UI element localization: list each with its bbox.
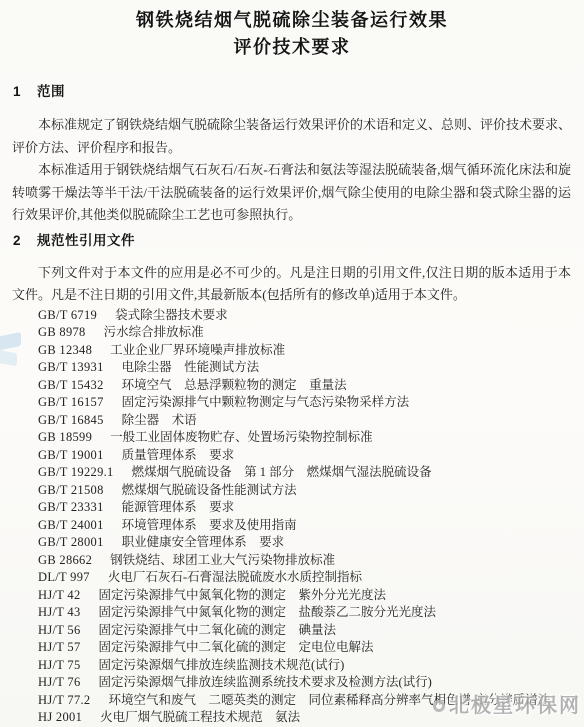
reference-code: GB 28662 bbox=[38, 552, 92, 570]
reference-code: HJ/T 76 bbox=[38, 674, 81, 692]
reference-code: GB/T 15432 bbox=[38, 377, 104, 395]
reference-item: GB/T 6719袋式除尘器技术要求 bbox=[38, 307, 584, 325]
reference-item: GB/T 21508燃煤烟气脱硫设备性能测试方法 bbox=[38, 482, 584, 500]
reference-title: 环境管理体系 要求及使用指南 bbox=[122, 518, 297, 532]
reference-code: HJ/T 43 bbox=[38, 604, 81, 622]
reference-title: 固定污染源排气中二氧化硫的测定 碘量法 bbox=[99, 623, 337, 637]
reference-title: 燃煤烟气脱硫设备 第 1 部分 燃煤烟气湿法脱硫设备 bbox=[132, 465, 432, 479]
document-page: 钢铁烧结烟气脱硫除尘装备运行效果 评价技术要求 1范围 本标准规定了钢铁烧结烟气… bbox=[0, 0, 584, 727]
reference-item: GB/T 19001质量管理体系 要求 bbox=[38, 447, 584, 465]
reference-code: GB/T 24001 bbox=[38, 517, 104, 535]
reference-title: 火电厂石灰石-石膏湿法脱硫废水水质控制指标 bbox=[108, 570, 362, 584]
reference-item: HJ/T 43固定污染源排气中氮氧化物的测定 盐酸萘乙二胺分光光度法 bbox=[38, 604, 584, 622]
reference-title: 燃煤烟气脱硫设备性能测试方法 bbox=[122, 483, 297, 497]
section-2-heading: 2规范性引用文件 bbox=[13, 232, 584, 250]
reference-title: 固定污染源排气中二氧化硫的测定 定电位电解法 bbox=[99, 640, 374, 654]
reference-title: 一般工业固体废物贮存、处置场污染物控制标准 bbox=[110, 430, 373, 444]
reference-code: DL/T 997 bbox=[38, 569, 90, 587]
section-1-number: 1 bbox=[13, 83, 21, 101]
paragraph: 本标准规定了钢铁烧结烟气脱硫除尘装备运行效果评价的术语和定义、总则、评价技术要求… bbox=[12, 114, 571, 159]
section-1-body: 本标准规定了钢铁烧结烟气脱硫除尘装备运行效果评价的术语和定义、总则、评价技术要求… bbox=[12, 114, 571, 227]
reference-item: HJ 2001火电厂烟气脱硫工程技术规范 氨法 bbox=[38, 709, 584, 727]
reference-title: 袋式除尘器技术要求 bbox=[115, 308, 228, 322]
reference-title: 工业企业厂界环境噪声排放标准 bbox=[110, 343, 285, 357]
reference-title: 污水综合排放标准 bbox=[104, 325, 204, 339]
reference-item: GB 28662钢铁烧结、球团工业大气污染物排放标准 bbox=[38, 552, 584, 570]
reference-code: GB/T 16157 bbox=[38, 394, 104, 412]
reference-item: DL/T 997火电厂石灰石-石膏湿法脱硫废水水质控制指标 bbox=[38, 569, 584, 587]
reference-title: 钢铁烧结、球团工业大气污染物排放标准 bbox=[110, 553, 335, 567]
reference-item: GB 8978污水综合排放标准 bbox=[38, 324, 584, 342]
document-title-line1: 钢铁烧结烟气脱硫除尘装备运行效果 bbox=[0, 7, 584, 34]
reference-item: GB/T 28001职业健康安全管理体系 要求 bbox=[38, 534, 584, 552]
reference-title: 电除尘器 性能测试方法 bbox=[122, 360, 260, 374]
reference-code: GB/T 6719 bbox=[38, 307, 97, 325]
reference-item: GB 12348工业企业厂界环境噪声排放标准 bbox=[38, 342, 584, 360]
reference-item: HJ/T 77.2环境空气和废气 二噁英类的测定 同位素稀释高分辨率气相色谱-高… bbox=[38, 692, 584, 710]
reference-code: HJ/T 75 bbox=[38, 657, 81, 675]
reference-item: GB/T 24001环境管理体系 要求及使用指南 bbox=[38, 517, 584, 535]
reference-code: HJ/T 57 bbox=[38, 639, 81, 657]
reference-code: HJ/T 56 bbox=[38, 622, 81, 640]
reference-code: HJ/T 77.2 bbox=[38, 692, 90, 710]
section-1-title: 范围 bbox=[37, 84, 65, 99]
section-1-heading: 1范围 bbox=[13, 83, 584, 101]
reference-title: 固定污染源排气中颗粒物测定与气态污染物采样方法 bbox=[122, 395, 410, 409]
section-2-title: 规范性引用文件 bbox=[37, 233, 135, 248]
reference-item: HJ/T 57固定污染源排气中二氧化硫的测定 定电位电解法 bbox=[38, 639, 584, 657]
reference-title: 职业健康安全管理体系 要求 bbox=[122, 535, 285, 549]
reference-item: HJ/T 42固定污染源排气中氮氧化物的测定 紫外分光光度法 bbox=[38, 587, 584, 605]
document-title-line2: 评价技术要求 bbox=[0, 34, 584, 61]
reference-item: GB 18599一般工业固体废物贮存、处置场污染物控制标准 bbox=[38, 429, 584, 447]
reference-title: 固定污染源烟气排放连续监测技术规范(试行) bbox=[99, 658, 345, 672]
reference-code: GB/T 16845 bbox=[38, 412, 104, 430]
reference-code: GB 18599 bbox=[38, 429, 92, 447]
reference-item: HJ/T 75固定污染源烟气排放连续监测技术规范(试行) bbox=[38, 657, 584, 675]
reference-item: GB/T 19229.1燃煤烟气脱硫设备 第 1 部分 燃煤烟气湿法脱硫设备 bbox=[38, 464, 584, 482]
reference-title: 质量管理体系 要求 bbox=[122, 448, 235, 462]
paragraph: 本标准适用于钢铁烧结烟气石灰石/石灰-石膏法和氨法等湿法脱硫装备,烟气循环流化床… bbox=[12, 159, 571, 227]
reference-item: GB/T 23331能源管理体系 要求 bbox=[38, 499, 584, 517]
reference-code: HJ/T 42 bbox=[38, 587, 81, 605]
reference-item: GB/T 13931电除尘器 性能测试方法 bbox=[38, 359, 584, 377]
reference-item: HJ/T 76固定污染源烟气排放连续监测系统技术要求及检测方法(试行) bbox=[38, 674, 584, 692]
reference-title: 环境空气 总悬浮颗粒物的测定 重量法 bbox=[122, 378, 347, 392]
reference-code: GB 12348 bbox=[38, 342, 92, 360]
section-2-body: 下列文件对于本文件的应用是必不可少的。凡是注日期的引用文件,仅注日期的版本适用于… bbox=[12, 262, 571, 307]
reference-item: GB/T 16157固定污染源排气中颗粒物测定与气态污染物采样方法 bbox=[38, 394, 584, 412]
reference-title: 能源管理体系 要求 bbox=[122, 500, 235, 514]
reference-title: 固定污染源烟气排放连续监测系统技术要求及检测方法(试行) bbox=[99, 675, 432, 689]
document-title: 钢铁烧结烟气脱硫除尘装备运行效果 评价技术要求 bbox=[0, 0, 584, 61]
reference-code: GB/T 13931 bbox=[38, 359, 104, 377]
reference-title: 除尘器 术语 bbox=[122, 413, 197, 427]
reference-code: GB/T 23331 bbox=[38, 499, 104, 517]
reference-code: GB/T 28001 bbox=[38, 534, 104, 552]
reference-title: 固定污染源排气中氮氧化物的测定 紫外分光光度法 bbox=[99, 588, 387, 602]
reference-code: GB 8978 bbox=[38, 324, 86, 342]
reference-code: GB/T 19001 bbox=[38, 447, 104, 465]
reference-title: 固定污染源排气中氮氧化物的测定 盐酸萘乙二胺分光光度法 bbox=[99, 605, 437, 619]
reference-code: GB/T 21508 bbox=[38, 482, 104, 500]
reference-title: 火电厂烟气脱硫工程技术规范 氨法 bbox=[100, 710, 300, 724]
reference-item: GB/T 15432环境空气 总悬浮颗粒物的测定 重量法 bbox=[38, 377, 584, 395]
reference-title: 环境空气和废气 二噁英类的测定 同位素稀释高分辨率气相色谱-高分辨质谱法 bbox=[108, 693, 550, 707]
paragraph: 下列文件对于本文件的应用是必不可少的。凡是注日期的引用文件,仅注日期的版本适用于… bbox=[12, 262, 571, 307]
section-2-number: 2 bbox=[13, 232, 21, 250]
normative-reference-list: GB/T 6719袋式除尘器技术要求 GB 8978污水综合排放标准 GB 12… bbox=[0, 307, 584, 727]
reference-code: GB/T 19229.1 bbox=[38, 464, 114, 482]
reference-item: GB/T 16845除尘器 术语 bbox=[38, 412, 584, 430]
reference-code: HJ 2001 bbox=[38, 709, 82, 727]
reference-item: HJ/T 56固定污染源排气中二氧化硫的测定 碘量法 bbox=[38, 622, 584, 640]
